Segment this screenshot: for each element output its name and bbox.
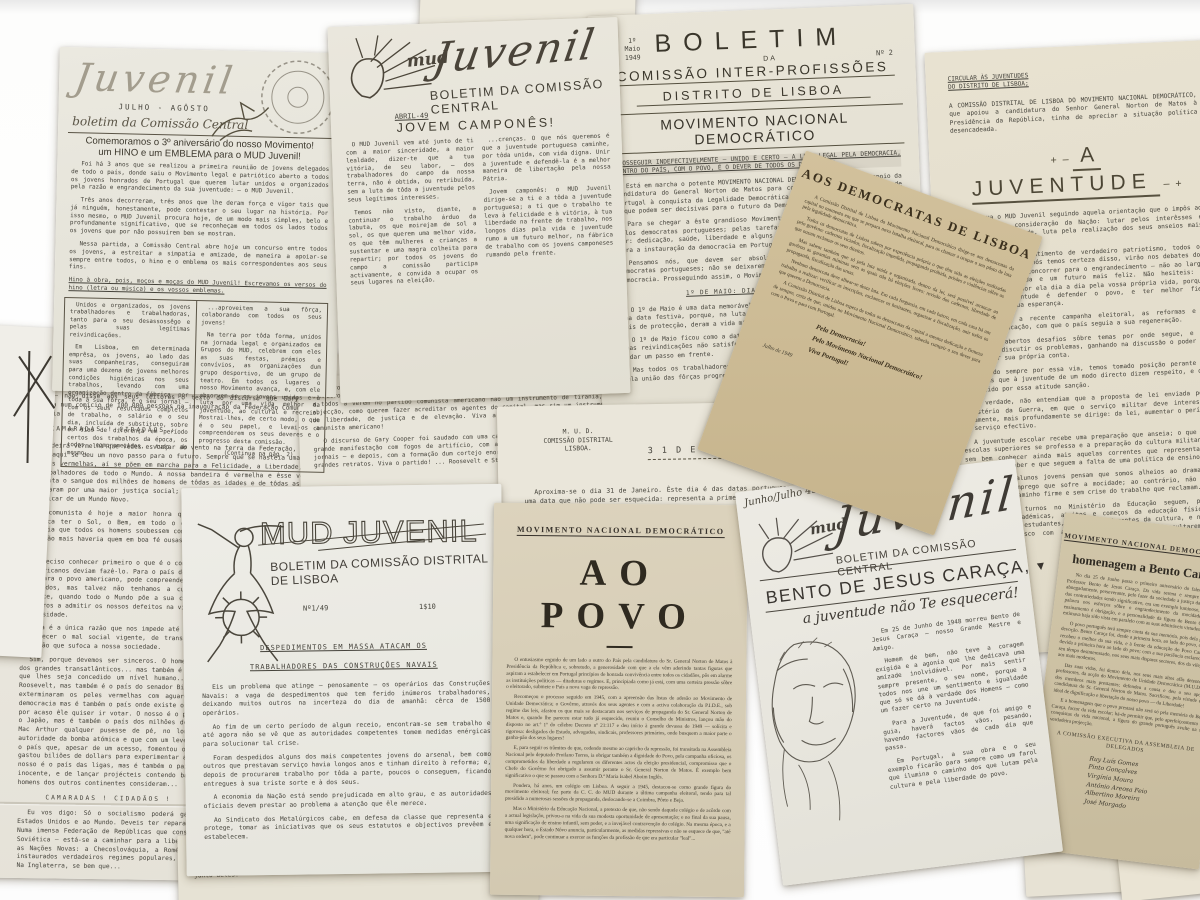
bulletin-paragraph: Ao Sindicato dos Metalúrgicos cabe, em d… <box>204 813 492 843</box>
bulletin-paragraph: Três anos decorreram, três anos que lhe … <box>70 197 329 242</box>
manifesto-paragraph: Mas o Ministério da Educação Nacional, a… <box>505 806 731 843</box>
column-paragraph: Na terra por tôda forma, unidos na jorna… <box>198 332 321 448</box>
sun-rays-logo <box>334 31 441 121</box>
column-paragraph: ...aproveitem a sua fôrça, colaborando c… <box>201 305 322 330</box>
circular-paragraph: Na verdade, não entendiam que a proposta… <box>962 389 1200 434</box>
headline-line-2: TRABALHADORES DAS CONSTRUÇÕES NAVAIS <box>250 661 438 672</box>
date-year: 1949 <box>625 53 641 62</box>
bulletin-paragraph: Ao fim de um certo período de algum rece… <box>203 720 491 750</box>
manifesto-paragraph: E, para seguir os trâmites de que, ceden… <box>505 745 731 782</box>
bulletin-paragraph: Foi há 3 anos que se realizou a primeira… <box>71 161 330 198</box>
manifesto-title: AO POVO <box>493 551 748 640</box>
column-paragraph: Unidos e organizados, os jovens trabalha… <box>69 302 190 342</box>
masthead-distrito: DISTRITO DE LISBOA <box>636 82 870 107</box>
circular-title: A JUVENTUDE <box>971 143 1160 205</box>
continuation-note: (Continua na pág. 2) <box>198 450 319 460</box>
column-paragraph: Temos não visto, diante, a continuar o t… <box>348 206 479 289</box>
bulletin-paragraph: Eis um problema que atinge — penosamente… <box>202 680 490 719</box>
title-doodle-left: + — <box>1050 155 1069 167</box>
masthead-outline-lettering: MUD JUVENIL <box>258 508 489 557</box>
masthead-juvenil: Juvenil <box>430 20 600 83</box>
issue-label: Nº1/49 <box>303 604 328 612</box>
bulletin-paragraph: Foram despedidos alguns dos mais compete… <box>203 751 491 790</box>
title-doodle-right: — + <box>1163 179 1182 191</box>
masthead-subtitle: BOLETIM DA COMISSÃO CENTRAL <box>429 76 620 117</box>
column-paragraph: Em Lisboa, em determinada emprêsa, os jo… <box>67 344 190 460</box>
column-paragraph: O MUD Juvenil vem até junto de ti com a … <box>346 138 476 205</box>
circular-intro: A COMISSÃO DISTRITAL DE LISBOA DO MOVIME… <box>949 91 1198 136</box>
issue-label: ABRIL-49 <box>395 112 429 121</box>
movement-header: MOVIMENTO NACIONAL DEMOCRÁTICO <box>517 525 725 538</box>
triangle-marker: ▼ <box>1034 558 1048 573</box>
org-line: LISBOA. <box>544 444 613 454</box>
issue-number: Nº 2 <box>876 49 893 58</box>
bulletin-paragraph: A economia da Nação está sendo prejudica… <box>204 790 492 811</box>
manifesto-paragraph: O entusiasmo erguido de um lado a outro … <box>506 657 732 694</box>
masthead-juvenil: Juvenil <box>72 55 347 105</box>
bulletin-paragraph: Nessa partida, a Comissão Central abre h… <box>69 241 328 278</box>
hino-call-line: Hino à obra, pois, moços e moças do MUD … <box>68 277 326 298</box>
headline-line-1: DESPEDIMENTOS EM MASSA ATACAM OS <box>260 642 427 652</box>
title-rule <box>607 646 633 648</box>
column-paragraph: ...crenças. O que nós queremos é que a j… <box>481 133 611 185</box>
photo-of-documents: só que — não disse aos seus leitores o t… <box>0 0 1200 900</box>
circular-paragraph: Seguindo sempre por essa via, temos toma… <box>961 359 1200 395</box>
issue-date: 1º Maio 1949 <box>624 36 641 62</box>
emblem-drawing <box>206 96 277 148</box>
bulletin-juvenil-julho-agosto: Juvenil JULHO - AGÔSTO boletim da Comiss… <box>52 47 344 397</box>
column-paragraph: Jovem camponês: o MUD Juvenil dirige-se … <box>483 185 613 260</box>
price-label: 1$10 <box>419 603 436 611</box>
bulletin-mud-juvenil-central: mud Juvenil BOLETIM DA COMISSÃO CENTRAL … <box>328 17 631 403</box>
manifesto-paragraph: Recomeçou o processo seguido em 1945, co… <box>506 694 732 744</box>
manifesto-paragraph: Pondera, há anos, um colégio em Lisboa. … <box>505 782 731 805</box>
bulletin-mud-juvenil-distrital: MUD JUVENIL BOLETIM DA COMISSÃO DISTRITA… <box>181 484 506 876</box>
manifesto-ao-povo: MOVIMENTO NACIONAL DEMOCRÁTICO AO POVO O… <box>490 503 748 898</box>
